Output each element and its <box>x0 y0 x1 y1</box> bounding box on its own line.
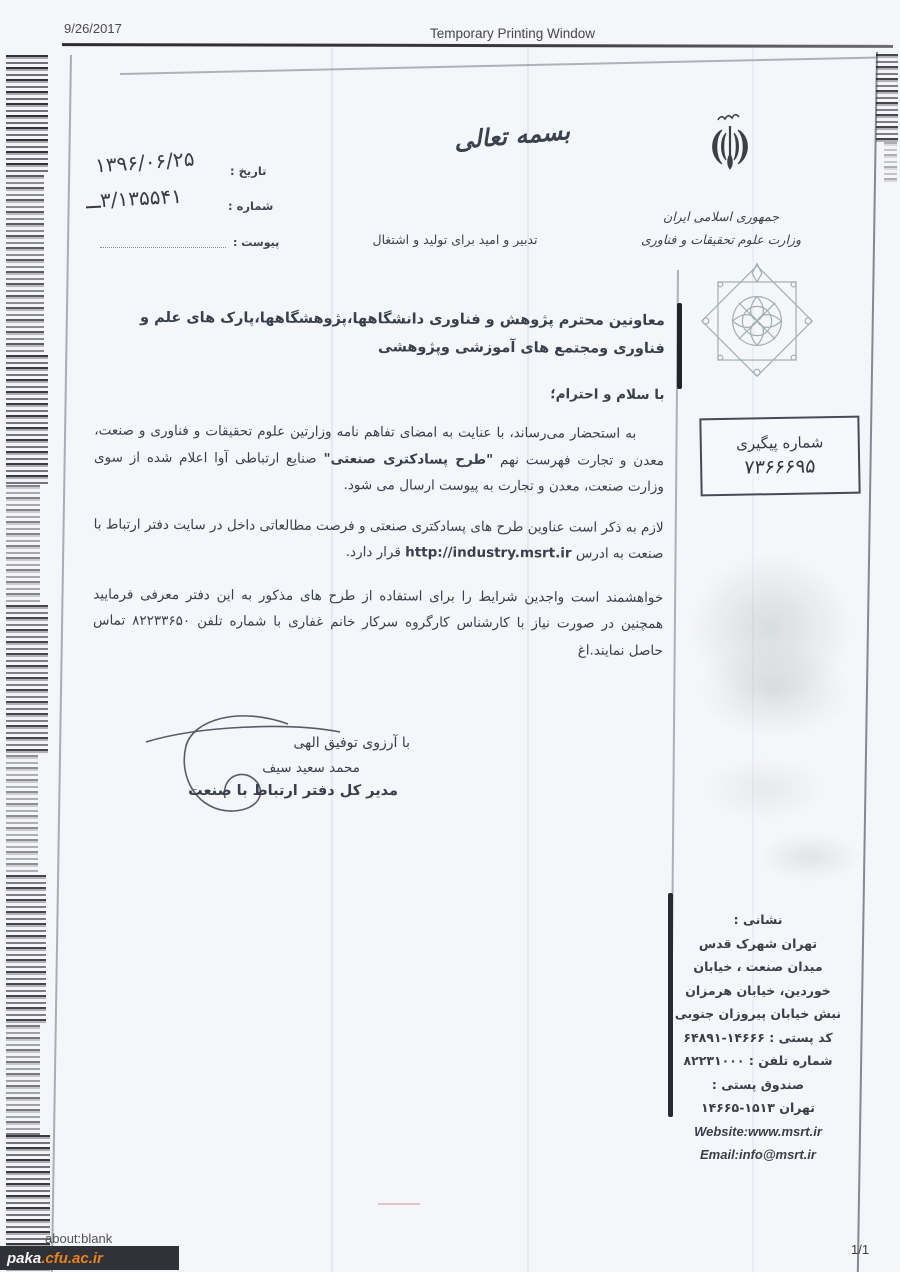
attachment-dotted-line <box>100 247 226 248</box>
iran-emblem-icon <box>698 108 762 192</box>
address-line: میدان صنعت ، خیابان <box>660 955 856 979</box>
number-dash <box>86 206 101 209</box>
industry-site-url: http://industry.msrt.ir <box>405 544 572 561</box>
salutation: با سلام و احترام؛ <box>94 384 664 403</box>
signature-block: با آرزوی توفیق الهی محمد سعید سیف مدیر ک… <box>128 735 428 799</box>
site-watermark: paka.cfu.ac.ir <box>0 1246 179 1270</box>
postal-code-line: کد پستی : ۱۴۶۶۶-۶۴۸۹۱ <box>660 1026 856 1050</box>
scan-mark <box>378 1203 420 1205</box>
watermark-part2: .cfu.ac.ir <box>41 1250 103 1267</box>
government-slogan: تدبیر و امید برای تولید و اشتغال <box>340 232 570 247</box>
signature-wish: با آرزوی توفیق الهی <box>128 735 410 751</box>
scanner-noise <box>6 485 40 605</box>
paragraph-1-bold: "طرح پسادکتری صنعتی" <box>323 450 493 467</box>
scan-smudge <box>705 758 825 820</box>
page-left-edge <box>51 55 72 1272</box>
watermark-part1: paka <box>7 1250 41 1267</box>
phone-line: شماره تلفن : ۸۲۲۳۱۰۰۰ <box>660 1049 856 1073</box>
paragraph-2-text: قرار دارد. <box>346 544 405 560</box>
signatory-name: محمد سعید سیف <box>128 760 360 776</box>
letter-body: معاونین محترم پژوهش و فناوری دانشگاهها،پ… <box>93 304 665 664</box>
print-date: 9/26/2017 <box>64 21 122 36</box>
po-box-label: صندوق پستی : <box>660 1073 856 1097</box>
website-line: Website:www.msrt.ir <box>660 1120 856 1144</box>
paragraph-3: خواهشمند است واجدین شرایط را برای استفاد… <box>93 581 663 664</box>
scan-smudge <box>760 833 860 881</box>
tracking-number: ۷۳۶۶۶۹۵ <box>744 455 817 478</box>
scanner-noise <box>6 605 48 755</box>
addressee-heading: معاونین محترم پژوهش و فناوری دانشگاهها،پ… <box>95 304 665 363</box>
scanner-noise <box>884 142 897 184</box>
scanner-noise <box>6 1025 40 1135</box>
scan-smudge <box>700 645 850 737</box>
paragraph-1: به استحضار می‌رساند، با عنایت به امضای ت… <box>94 418 664 501</box>
email-line: Email:info@msrt.ir <box>660 1143 856 1167</box>
address-block: نشانی : تهران شهرک قدس میدان صنعت ، خیاب… <box>660 908 856 1167</box>
attachment-label: پیوست : <box>233 236 279 249</box>
address-label: نشانی : <box>660 908 856 932</box>
address-line: نبش خیابان پیروزان جنوبی <box>660 1002 856 1026</box>
scanner-noise <box>6 755 38 875</box>
tracking-number-box: شماره پیگیری ۷۳۶۶۶۹۵ <box>699 416 860 497</box>
star-ornament-icon <box>693 260 821 386</box>
page-right-edge <box>857 52 878 1272</box>
number-label: شماره : <box>228 199 273 213</box>
date-label: تاریخ : <box>230 164 266 178</box>
address-line: خوردین، خیابان هرمزان <box>660 979 856 1003</box>
print-preview-window: 9/26/2017 Temporary Printing Window <box>0 0 900 1272</box>
address-line: تهران شهرک قدس <box>660 932 856 956</box>
ministry-name: جمهوری اسلامی ایران وزارت علوم تحقیقات و… <box>636 205 806 251</box>
org-line-1: جمهوری اسلامی ایران <box>636 205 806 228</box>
column-divider-thick-top <box>677 303 682 389</box>
header-rule <box>62 43 893 47</box>
besmellah-calligraphy: بسمه تعالی <box>451 117 573 155</box>
paragraph-2: لازم به ذکر است عناوین طرح های پسادکتری … <box>93 511 663 567</box>
scanner-noise <box>6 175 44 355</box>
scanner-noise <box>6 355 48 485</box>
po-box-line: تهران ۱۵۱۳-۱۴۶۶۵ <box>660 1096 856 1120</box>
number-value: ۳/۱۳۵۵۴۱ <box>99 184 182 212</box>
page-top-edge <box>120 56 878 74</box>
print-source-url: about:blank <box>45 1231 112 1246</box>
page-number: 1/1 <box>851 1242 869 1257</box>
tracking-label: شماره پیگیری <box>736 433 824 453</box>
org-line-2: وزارت علوم تحقیقات و فناوری <box>636 228 806 251</box>
scanner-noise <box>6 875 46 1025</box>
date-value: ۱۳۹۶/۰۶/۲۵ <box>94 147 195 178</box>
print-window-title: Temporary Printing Window <box>125 26 900 41</box>
scanner-noise <box>6 55 48 175</box>
signatory-title: مدیر کل دفتر ارتباط با صنعت <box>128 783 398 799</box>
scanner-noise <box>876 54 898 142</box>
